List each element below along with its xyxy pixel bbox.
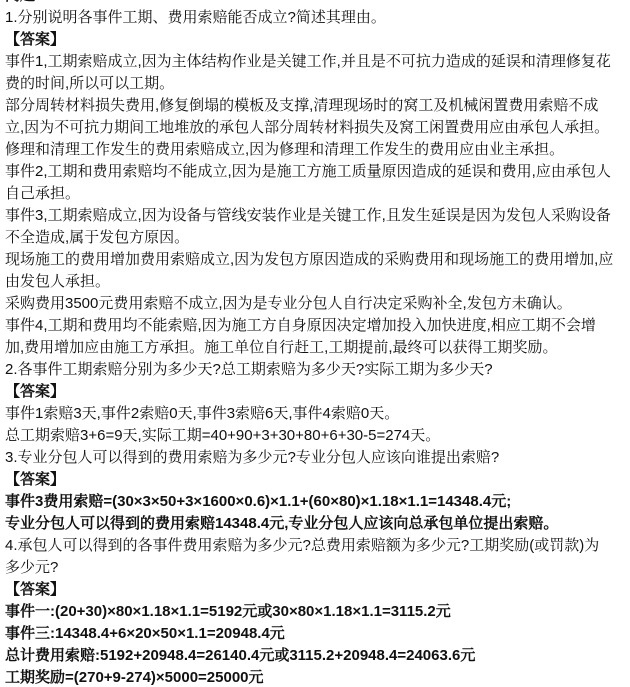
answer-2-header: 【答案】: [5, 381, 624, 403]
answer-1-line: 事件2,工期和费用索赔均不能成立,因为是施工方施工质量原因造成的延误和费用,应由…: [5, 161, 624, 183]
answer-3-line: 事件3费用索赔=(30×3×50+3×1600×0.6)×1.1+(60×80)…: [5, 491, 624, 513]
answer-4-line: 总计费用索赔:5192+20948.4=26140.4元或3115.2+2094…: [5, 645, 624, 667]
document-page: 问题 1.分别说明各事件工期、费用索赔能否成立?简述其理由。 【答案】 事件1,…: [0, 0, 630, 687]
answer-1-header: 【答案】: [5, 29, 624, 51]
answer-1-line: 事件1,工期索赔成立,因为主体结构作业是关键工作,并且是不可抗力造成的延误和清理…: [5, 51, 624, 73]
answer-2-line: 总工期索赔3+6=9天,实际工期=40+90+3+30+80+6+30-5=27…: [5, 425, 624, 447]
answer-1-line: 由发包人承担。: [5, 271, 624, 293]
answer-3-line: 专业分包人可以得到的费用索赔14348.4元,专业分包人应该向总承包单位提出索赔…: [5, 513, 624, 535]
answer-1-line: 事件4,工期和费用均不能索赔,因为施工方自身原因决定增加投入加快进度,相应工期不…: [5, 315, 624, 337]
answer-1-line: 费的时间,所以可以工期。: [5, 73, 624, 95]
answer-1-line: 部分周转材料损失费用,修复倒塌的模板及支撑,清理现场时的窝工及机械闲置费用索赔不…: [5, 95, 624, 117]
question-4-continued: 多少元?: [5, 557, 624, 579]
answer-1-line: 立,因为不可抗力期间工地堆放的承包人部分周转材料损失及窝工闲置费用应由承包人承担…: [5, 117, 624, 139]
answer-1-line: 加,费用增加应由施工方承担。施工单位自行赶工,工期提前,最终可以获得工期奖励。: [5, 337, 624, 359]
answer-4-header: 【答案】: [5, 579, 624, 601]
question-1: 1.分别说明各事件工期、费用索赔能否成立?简述其理由。: [5, 7, 624, 29]
question-3: 3.专业分包人可以得到的费用索赔为多少元?专业分包人应该向谁提出索赔?: [5, 447, 624, 469]
answer-2-line: 事件1索赔3天,事件2索赔0天,事件3索赔6天,事件4索赔0天。: [5, 403, 624, 425]
answer-1-line: 自己承担。: [5, 183, 624, 205]
clipped-top-line: 问题: [5, 0, 624, 7]
answer-4-line: 事件一:(20+30)×80×1.18×1.1=5192元或30×80×1.18…: [5, 601, 624, 623]
clipped-top-text: 问题: [5, 0, 624, 7]
qa-document: 问题 1.分别说明各事件工期、费用索赔能否成立?简述其理由。 【答案】 事件1,…: [0, 0, 630, 687]
question-4: 4.承包人可以得到的各事件费用索赔为多少元?总费用索赔额为多少元?工期奖励(或罚…: [5, 535, 624, 557]
answer-4-line: 工期奖励=(270+9-274)×5000=25000元: [5, 667, 624, 687]
answer-4-line: 事件三:14348.4+6×20×50×1.1=20948.4元: [5, 623, 624, 645]
answer-1-line: 采购费用3500元费用索赔不成立,因为是专业分包人自行决定采购补全,发包方未确认…: [5, 293, 624, 315]
answer-3-header: 【答案】: [5, 469, 624, 491]
answer-1-line: 事件3,工期索赔成立,因为设备与管线安装作业是关键工作,且发生延误是因为发包人采…: [5, 205, 624, 227]
question-2: 2.各事件工期索赔分别为多少天?总工期索赔为多少天?实际工期为多少天?: [5, 359, 624, 381]
answer-1-line: 修理和清理工作发生的费用索赔成立,因为修理和清理工作发生的费用应由业主承担。: [5, 139, 624, 161]
answer-1-line: 现场施工的费用增加费用索赔成立,因为发包方原因造成的采购费用和现场施工的费用增加…: [5, 249, 624, 271]
answer-1-line: 不全造成,属于发包方原因。: [5, 227, 624, 249]
